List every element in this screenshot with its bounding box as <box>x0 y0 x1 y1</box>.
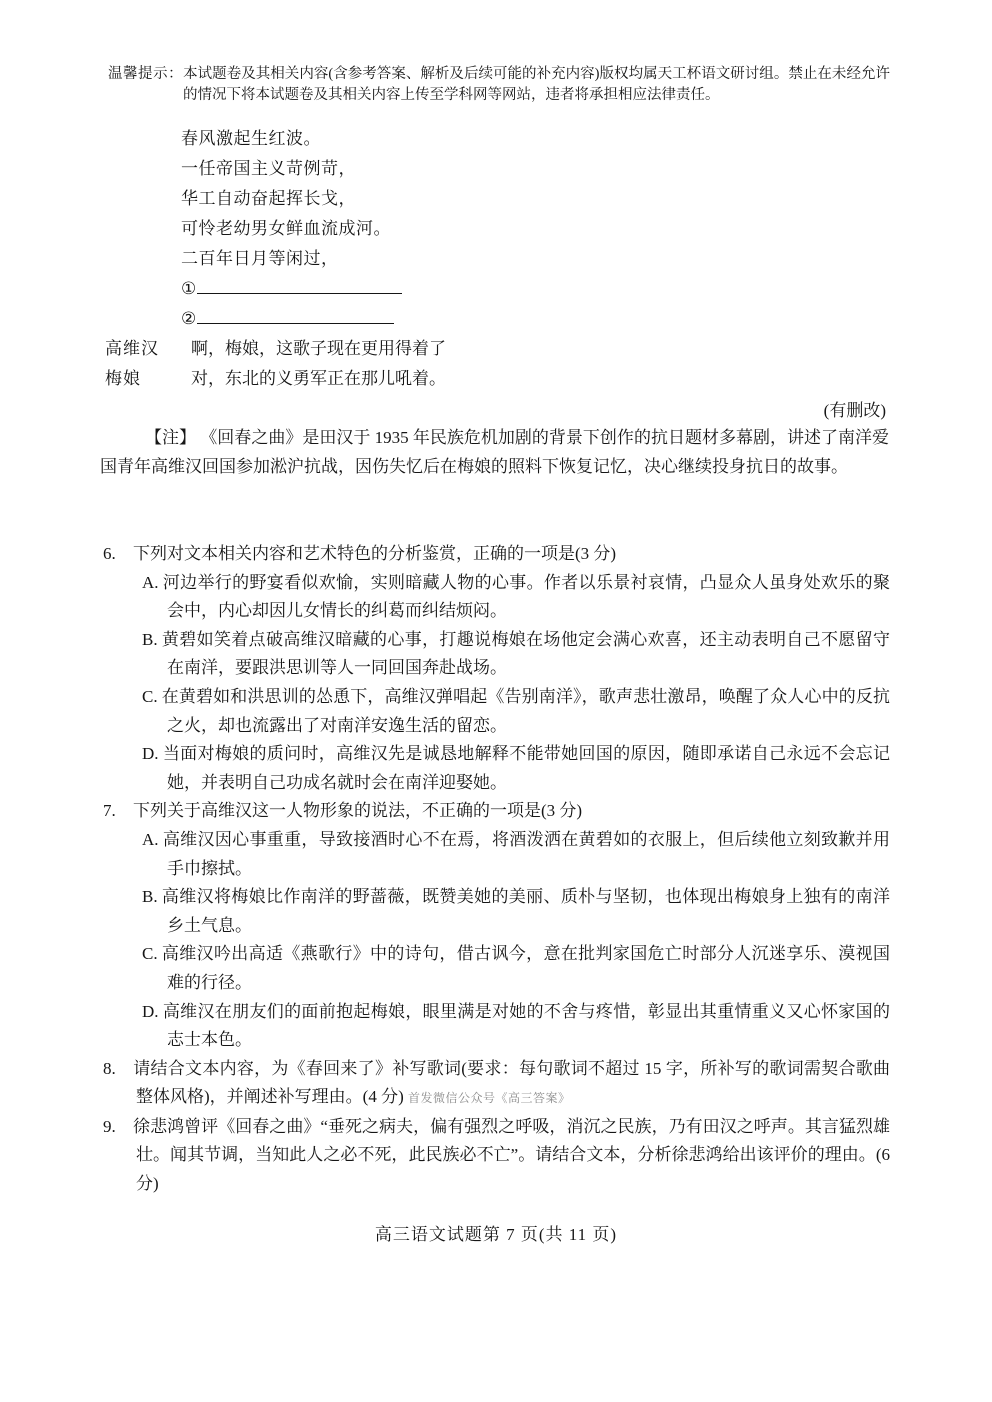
option-text: 高维汉因心事重重，导致接酒时心不在焉，将酒泼洒在黄碧如的衣服上，但后续他立刻致歉… <box>163 830 890 878</box>
annotation-text: 《回春之曲》是田汉于 1935 年民族危机加剧的背景下创作的抗日题材多幕剧，讲述… <box>100 428 889 476</box>
blank-underline-2 <box>197 310 394 324</box>
option-label: B. <box>142 887 158 906</box>
question-9: 9.徐悲鸿曾评《回春之曲》“垂死之病夫，偏有强烈之呼吸，消沉之民族，乃有田汉之呼… <box>100 1113 890 1199</box>
question-stem: 8.请结合文本内容，为《春回来了》补写歌词(要求：每句歌词不超过 15 字，所补… <box>103 1055 890 1113</box>
annotation-label: 【注】 <box>145 428 196 447</box>
question-7: 7.下列关于高维汉这一人物形象的说法，不正确的一项是(3 分) A.高维汉因心事… <box>100 797 890 1054</box>
option-label: D. <box>142 1002 159 1021</box>
dialogue-row: 高维汉 啊，梅娘，这歌子现在更用得着了 <box>105 334 446 364</box>
poem-line: 二百年日月等闲过， <box>181 244 402 274</box>
option-a: A.高维汉因心事重重，导致接酒时心不在焉，将酒泼洒在黄碧如的衣服上，但后续他立刻… <box>142 826 890 883</box>
poem-line: 春风激起生红波。 <box>181 124 402 154</box>
deletion-note: (有删改) <box>824 396 886 421</box>
option-c: C.高维汉吟出高适《燕歌行》中的诗句，借古讽今，意在批判家国危亡时部分人沉迷享乐… <box>142 940 890 997</box>
blank-underline-1 <box>197 280 402 294</box>
question-stem-text: 下列对文本相关内容和艺术特色的分析鉴赏，正确的一项是(3 分) <box>133 544 616 563</box>
copyright-notice: 温馨提示：本试题卷及其相关内容(含参考答案、解析及后续可能的补充内容)版权均属天… <box>108 64 890 106</box>
annotation-paragraph: 【注】 《回春之曲》是田汉于 1935 年民族危机加剧的背景下创作的抗日题材多幕… <box>100 424 889 481</box>
option-text: 高维汉在朋友们的面前抱起梅娘，眼里满是对她的不舍与疼惜，彰显出其重情重义又心怀家… <box>163 1002 890 1050</box>
song-lyrics: 春风激起生红波。 一任帝国主义苛例苛， 华工自动奋起挥长戈， 可怜老幼男女鲜血流… <box>181 124 402 334</box>
poem-line: 一任帝国主义苛例苛， <box>181 154 402 184</box>
option-text: 在黄碧如和洪思训的怂恿下，高维汉弹唱起《告别南洋》，歌声悲壮激昂，唤醒了众人心中… <box>162 687 890 735</box>
question-number: 8. <box>103 1055 133 1084</box>
option-label: C. <box>142 687 158 706</box>
question-number: 7. <box>103 797 133 826</box>
question-stem-text: 下列关于高维汉这一人物形象的说法，不正确的一项是(3 分) <box>133 801 582 820</box>
question-stem-text: 徐悲鸿曾评《回春之曲》“垂死之病夫，偏有强烈之呼吸，消沉之民族，乃有田汉之呼声。… <box>133 1117 890 1193</box>
option-label: C. <box>142 944 158 963</box>
dialogue-row: 梅娘 对，东北的义勇军正在那儿吼着。 <box>105 364 446 394</box>
dialogue-text: 对，东北的义勇军正在那儿吼着。 <box>191 364 446 394</box>
option-text: 高维汉吟出高适《燕歌行》中的诗句，借古讽今，意在批判家国危亡时部分人沉迷享乐、漠… <box>162 944 890 992</box>
option-label: D. <box>142 744 159 763</box>
blank-marker-1: ① <box>181 279 197 298</box>
blank-marker-2: ② <box>181 309 197 328</box>
option-label: B. <box>142 630 158 649</box>
notice-text: 本试题卷及其相关内容(含参考答案、解析及后续可能的补充内容)版权均属天工杯语文研… <box>183 66 890 103</box>
fill-in-blank-2: ② <box>181 304 402 334</box>
option-text: 高维汉将梅娘比作南洋的野蔷薇，既赞美她的美丽、质朴与坚韧，也体现出梅娘身上独有的… <box>162 887 890 935</box>
question-stem: 7.下列关于高维汉这一人物形象的说法，不正确的一项是(3 分) <box>103 797 890 826</box>
notice-label: 温馨提示： <box>108 66 183 82</box>
option-text: 河边举行的野宴看似欢愉，实则暗藏人物的心事。作者以乐景衬哀情，凸显众人虽身处欢乐… <box>163 573 890 621</box>
fill-in-blank-1: ① <box>181 274 402 304</box>
question-number: 9. <box>103 1113 133 1142</box>
option-text: 当面对梅娘的质问时，高维汉先是诚恳地解释不能带她回国的原因，随即承诺自己永远不会… <box>163 744 890 792</box>
page-footer: 高三语文试题第 7 页(共 11 页) <box>0 1220 992 1245</box>
dialogue-text: 啊，梅娘，这歌子现在更用得着了 <box>191 334 446 364</box>
question-number: 6. <box>103 540 133 569</box>
watermark-note: 首发微信公众号《高三答案》 <box>408 1091 571 1105</box>
question-stem: 6.下列对文本相关内容和艺术特色的分析鉴赏，正确的一项是(3 分) <box>103 540 890 569</box>
option-label: A. <box>142 830 159 849</box>
exam-page: 温馨提示：本试题卷及其相关内容(含参考答案、解析及后续可能的补充内容)版权均属天… <box>0 0 992 1402</box>
option-b: B.黄碧如笑着点破高维汉暗藏的心事，打趣说梅娘在场他定会满心欢喜，还主动表明自己… <box>142 626 890 683</box>
question-stem: 9.徐悲鸿曾评《回春之曲》“垂死之病夫，偏有强烈之呼吸，消沉之民族，乃有田汉之呼… <box>103 1113 890 1199</box>
option-c: C.在黄碧如和洪思训的怂恿下，高维汉弹唱起《告别南洋》，歌声悲壮激昂，唤醒了众人… <box>142 683 890 740</box>
option-b: B.高维汉将梅娘比作南洋的野蔷薇，既赞美她的美丽、质朴与坚韧，也体现出梅娘身上独… <box>142 883 890 940</box>
option-d: D.高维汉在朋友们的面前抱起梅娘，眼里满是对她的不舍与疼惜，彰显出其重情重义又心… <box>142 998 890 1055</box>
poem-line: 可怜老幼男女鲜血流成河。 <box>181 214 402 244</box>
question-6: 6.下列对文本相关内容和艺术特色的分析鉴赏，正确的一项是(3 分) A.河边举行… <box>100 540 890 797</box>
question-8: 8.请结合文本内容，为《春回来了》补写歌词(要求：每句歌词不超过 15 字，所补… <box>100 1055 890 1113</box>
dialogue-block: 高维汉 啊，梅娘，这歌子现在更用得着了 梅娘 对，东北的义勇军正在那儿吼着。 <box>105 334 446 394</box>
speaker-name: 高维汉 <box>105 334 191 364</box>
option-text: 黄碧如笑着点破高维汉暗藏的心事，打趣说梅娘在场他定会满心欢喜，还主动表明自己不愿… <box>162 630 890 678</box>
option-a: A.河边举行的野宴看似欢愉，实则暗藏人物的心事。作者以乐景衬哀情，凸显众人虽身处… <box>142 569 890 626</box>
option-label: A. <box>142 573 159 592</box>
speaker-name: 梅娘 <box>105 364 191 394</box>
questions-section: 6.下列对文本相关内容和艺术特色的分析鉴赏，正确的一项是(3 分) A.河边举行… <box>100 540 890 1199</box>
option-d: D.当面对梅娘的质问时，高维汉先是诚恳地解释不能带她回国的原因，随即承诺自己永远… <box>142 740 890 797</box>
poem-line: 华工自动奋起挥长戈， <box>181 184 402 214</box>
